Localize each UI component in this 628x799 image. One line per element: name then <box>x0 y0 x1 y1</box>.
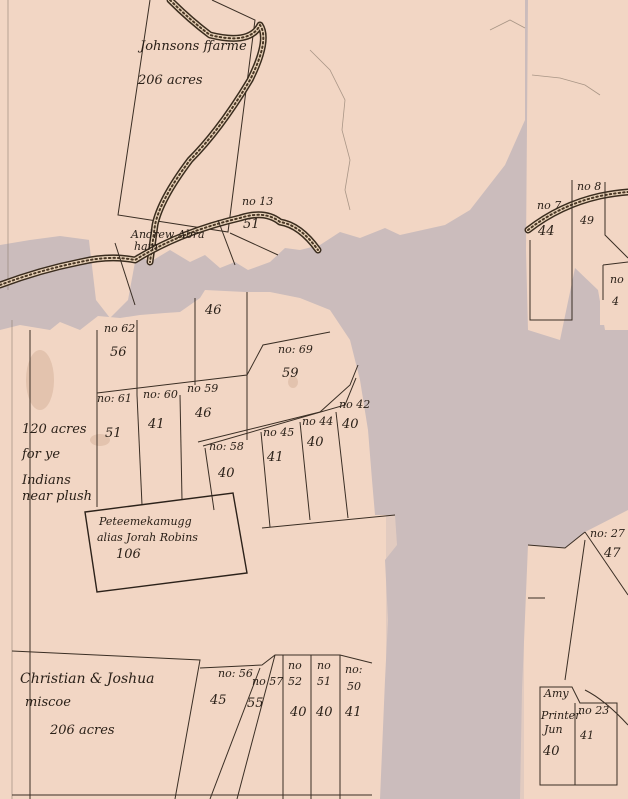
lot42-acres: 40 <box>341 417 359 432</box>
lot58-number: no: 58 <box>209 440 244 453</box>
lot59-number: no 59 <box>187 382 218 395</box>
lot61-acres: 51 <box>105 426 122 441</box>
lot50-number-1: no: <box>345 663 362 676</box>
lot62-acres: 56 <box>110 345 127 360</box>
center-gap <box>386 300 524 799</box>
lot52-number-2: 52 <box>288 675 302 688</box>
right-upper-acres: 4 <box>611 295 619 308</box>
lot45-acres: 41 <box>266 450 284 465</box>
amy-printer-label-3: Jun <box>542 723 563 736</box>
lot27-number: no: 27 <box>590 527 625 540</box>
lot59-acres: 46 <box>194 406 212 421</box>
lot52-acres: 40 <box>289 705 307 720</box>
lot60-number: no: 60 <box>143 388 178 401</box>
lot23-number: no 23 <box>578 704 609 717</box>
lot51-number-2: 51 <box>317 675 331 688</box>
indians-label-3: Indians <box>21 473 71 488</box>
lot51-number-1: no <box>317 659 331 672</box>
lot44-number: no 44 <box>302 415 333 428</box>
lot69-number: no: 69 <box>278 343 313 356</box>
lot44-acres: 40 <box>306 435 324 450</box>
peteemekamugg-acres: 106 <box>116 547 141 562</box>
lot52-number-1: no <box>288 659 302 672</box>
johnsons-farm-name: Johnsons ffarme <box>137 39 247 54</box>
lot7-acres: 44 <box>537 224 555 239</box>
indians-label-4: near plush <box>22 489 92 504</box>
lot27-acres: 47 <box>603 546 621 561</box>
peteemekamugg-label-2: alias Jorah Robins <box>97 531 198 544</box>
lot56-acres: 45 <box>209 693 227 708</box>
peteemekamugg-label-1: Peteemekamugg <box>98 515 192 528</box>
andrew-abraham-label-2: ham <box>134 240 158 253</box>
indians-label-2: for ye <box>21 447 60 462</box>
lot45-number: no 45 <box>263 426 294 439</box>
indians-label-1: 120 acres <box>22 422 87 437</box>
amy-printer-acres: 40 <box>542 744 560 759</box>
lot56-number: no: 56 <box>218 667 253 680</box>
lot-46-top: 46 <box>204 303 222 318</box>
lot8-number: no 8 <box>577 180 601 193</box>
lot7-number: no 7 <box>537 199 561 212</box>
right-upper-number: no <box>610 273 624 286</box>
johnsons-farm-acres: 206 acres <box>137 73 203 88</box>
lot8-acres: 49 <box>579 214 594 227</box>
lot57-acres: 55 <box>247 696 264 711</box>
amy-printer-label-2: Printer <box>540 709 581 722</box>
christian-joshua-label-1: Christian & Joshua <box>20 671 155 687</box>
lot58-acres: 40 <box>217 466 235 481</box>
lot69-acres: 59 <box>282 366 299 381</box>
lot62-number: no 62 <box>104 322 135 335</box>
lot13-number: no 13 <box>242 195 273 208</box>
christian-joshua-label-2: miscoe <box>25 695 71 710</box>
lot50-acres: 41 <box>344 705 362 720</box>
lot23-acres: 41 <box>579 729 594 742</box>
christian-joshua-acres: 206 acres <box>49 723 115 738</box>
survey-map: Johnsons ffarme 206 acres Andrew Abra ha… <box>0 0 628 799</box>
amy-printer-label-1: Amy <box>543 687 569 700</box>
lot61-number: no: 61 <box>97 392 132 405</box>
lot13-acres: 51 <box>243 217 260 232</box>
lot60-acres: 41 <box>147 417 165 432</box>
lot50-number-2: 50 <box>347 680 361 693</box>
lot57-number: no 57 <box>252 675 283 688</box>
lot42-number: no 42 <box>339 398 370 411</box>
lot51-acres: 40 <box>315 705 333 720</box>
